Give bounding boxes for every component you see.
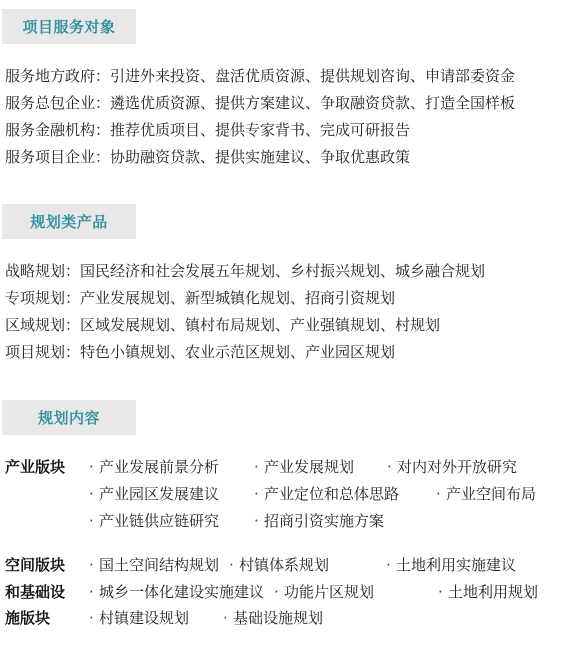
bullet-icon: · (254, 511, 264, 531)
content-item: ·村镇建设规划 (89, 608, 189, 628)
block-label-spatial-line3: 施版块 (5, 608, 50, 628)
section-title: 规划类产品 (30, 211, 108, 232)
bullet-icon: · (254, 457, 264, 477)
product-line-regional: 区域规划：区域发展规划、镇村布局规划、产业强镇规划、村规划 (5, 315, 440, 335)
content-item: ·土地利用规划 (438, 582, 538, 602)
content-item: ·产业园区发展建议 (89, 484, 219, 504)
block-label-spatial-line2: 和基础设 (5, 582, 65, 602)
block-label-industry: 产业版块 (5, 457, 65, 477)
bullet-icon: · (223, 608, 233, 628)
bullet-icon: · (89, 457, 99, 477)
content-item: ·土地利用实施建议 (386, 555, 516, 575)
bullet-icon: · (254, 484, 264, 504)
bullet-icon: · (89, 484, 99, 504)
service-line-government: 服务地方政府：引进外来投资、盘活优质资源、提供规划咨询、申请部委资金 (5, 66, 515, 86)
section-header-service-targets: 项目服务对象 (2, 9, 136, 44)
content-item: ·国土空间结构规划 (89, 555, 219, 575)
content-item: ·城乡一体化建设实施建议 (89, 582, 264, 602)
service-line-contractor: 服务总包企业：遴选优质资源、提供方案建议、争取融资贷款、打造全国样板 (5, 93, 515, 113)
block-label-spatial-line1: 空间版块 (5, 555, 65, 575)
content-item: ·产业定位和总体思路 (254, 484, 399, 504)
product-line-special: 专项规划：产业发展规划、新型城镇化规划、招商引资规划 (5, 288, 395, 308)
service-line-finance: 服务金融机构：推荐优质项目、提供专家背书、完成可研报告 (5, 120, 410, 140)
service-line-project-enterprise: 服务项目企业：协助融资贷款、提供实施建议、争取优惠政策 (5, 147, 410, 167)
section-title: 规划内容 (38, 407, 100, 428)
content-item: ·产业发展规划 (254, 457, 354, 477)
section-header-planning-products: 规划类产品 (2, 204, 136, 239)
bullet-icon: · (438, 582, 448, 602)
bullet-icon: · (89, 511, 99, 531)
content-item: ·产业空间布局 (436, 484, 536, 504)
bullet-icon: · (387, 457, 397, 477)
section-title: 项目服务对象 (22, 16, 115, 37)
bullet-icon: · (229, 555, 239, 575)
bullet-icon: · (89, 608, 99, 628)
bullet-icon: · (386, 555, 396, 575)
product-line-project: 项目规划：特色小镇规划、农业示范区规划、产业园区规划 (5, 342, 395, 362)
content-item: ·招商引资实施方案 (254, 511, 384, 531)
bullet-icon: · (436, 484, 446, 504)
section-header-planning-content: 规划内容 (2, 400, 136, 435)
bullet-icon: · (274, 582, 284, 602)
bullet-icon: · (89, 582, 99, 602)
bullet-icon: · (89, 555, 99, 575)
content-item: ·村镇体系规划 (229, 555, 329, 575)
content-item: ·基础设施规划 (223, 608, 323, 628)
content-item: ·对内对外开放研究 (387, 457, 517, 477)
content-item: ·产业发展前景分析 (89, 457, 219, 477)
product-line-strategic: 战略规划：国民经济和社会发展五年规划、乡村振兴规划、城乡融合规划 (5, 261, 485, 281)
content-item: ·功能片区规划 (274, 582, 374, 602)
content-item: ·产业链供应链研究 (89, 511, 219, 531)
